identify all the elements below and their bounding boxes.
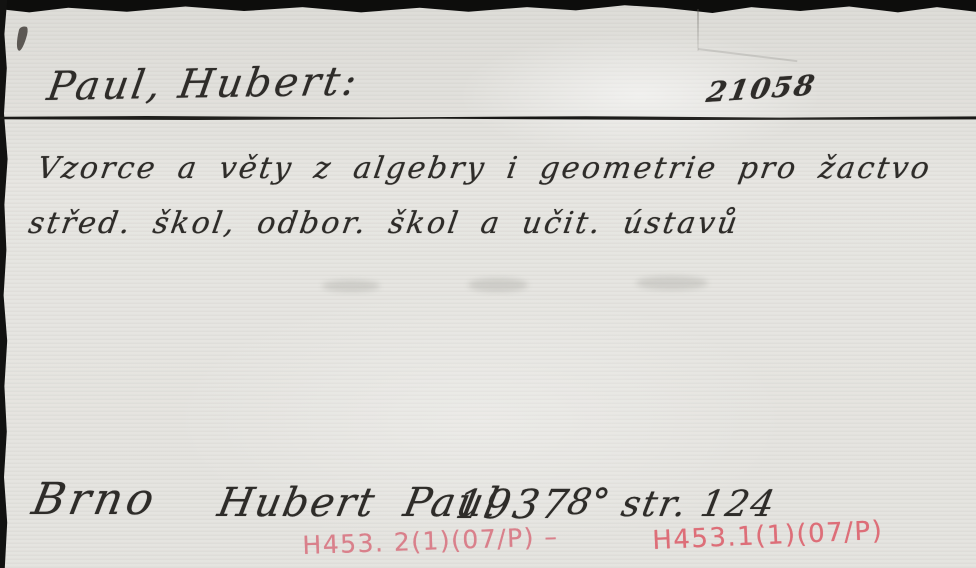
paper-smudge [322, 280, 380, 292]
ink-blot-mark [14, 25, 29, 51]
paper-crease-diagonal [698, 48, 797, 62]
paper-smudge [468, 278, 528, 292]
ruled-line [0, 116, 976, 120]
author-heading: Paul, Hubert: [44, 59, 363, 110]
scan-left-edge [0, 0, 8, 568]
call-number-left: H453. 2(1)(07/P) – [302, 522, 559, 560]
paper-crease-vertical [697, 9, 699, 51]
title-block: Vzorce a věty z algebry i geometrie pro … [25, 141, 936, 251]
paper-smudge [636, 276, 708, 290]
imprint-place: Brno [28, 474, 162, 525]
title-line-1: Vzorce a věty z algebry i geometrie pro … [33, 141, 935, 196]
imprint-pages: str. 124 [618, 484, 780, 525]
title-line-2: střed. škol, odbor. škol a učit. ústavů [25, 196, 927, 251]
imprint-format: 8° [564, 482, 613, 523]
imprint-year: 1937 [452, 482, 575, 528]
accession-number: 21058 [704, 69, 819, 109]
scan-top-edge [0, 0, 976, 13]
catalog-card-scan: Paul, Hubert: 21058 Vzorce a věty z alge… [0, 0, 976, 568]
